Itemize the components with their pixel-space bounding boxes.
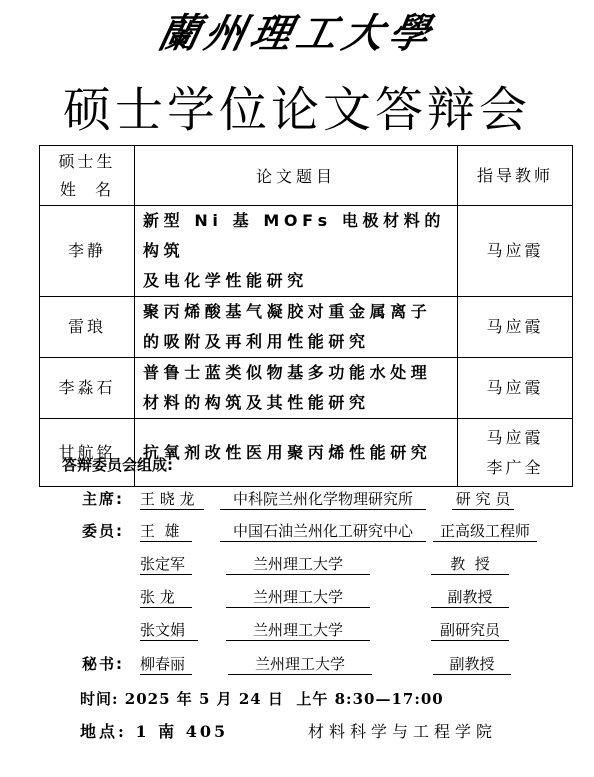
committee-title: 副教授 xyxy=(431,587,509,608)
column-header-student-line2: 姓 名 xyxy=(40,176,134,204)
advisor-line1: 马应霞 xyxy=(458,236,572,266)
table-row: 李静 新型 Ni 基 MOFs 电极材料的构筑 及电化学性能研究 马应霞 xyxy=(40,206,573,297)
advisor-line2: 李广全 xyxy=(458,453,572,483)
thesis-title-line1: 普鲁士蓝类似物基多功能水处理 xyxy=(143,358,457,388)
thesis-title: 聚丙烯酸基气凝胶对重金属离子 的吸附及再利用性能研究 xyxy=(135,297,458,358)
host-college: 材料科学与工程学院 xyxy=(308,721,497,743)
committee-name: 张 龙 xyxy=(140,587,192,608)
committee-role: 秘书: xyxy=(82,651,124,677)
table-row: 雷琅 聚丙烯酸基气凝胶对重金属离子 的吸附及再利用性能研究 马应霞 xyxy=(40,297,573,358)
table-row: 甘航铭 抗氧剂改性医用聚丙烯性能研究 马应霞 李广全 xyxy=(40,419,573,487)
committee-title: 研 究 员 xyxy=(452,489,514,510)
committee-member-row: 张定军 兰州理工大学 教 授 xyxy=(0,551,594,577)
committee-member-row: 委员: 王 雄 中国石油兰州化工研究中心 正高级工程师 xyxy=(0,518,594,544)
committee-affiliation: 中科院兰州化学物理研究所 xyxy=(220,489,426,510)
committee-name: 张文娟 xyxy=(140,620,198,641)
thesis-title-line1: 新型 Ni 基 MOFs 电极材料的构筑 xyxy=(143,206,457,266)
committee-member-row: 主席: 王 晓 龙 中科院兰州化学物理研究所 研 究 员 xyxy=(0,486,594,512)
table-row: 李淼石 普鲁士蓝类似物基多功能水处理 材料的构筑及其性能研究 马应霞 xyxy=(40,358,573,419)
student-name: 甘航铭 xyxy=(40,419,135,487)
thesis-title-line1: 抗氧剂改性医用聚丙烯性能研究 xyxy=(143,438,457,468)
defense-place: 地点: 1 南 405 xyxy=(80,721,228,743)
committee-affiliation: 兰州理工大学 xyxy=(226,620,370,641)
advisor-line1: 马应霞 xyxy=(458,312,572,342)
advisor: 马应霞 李广全 xyxy=(458,419,573,487)
committee-affiliation: 兰州理工大学 xyxy=(228,654,372,675)
student-name: 雷琅 xyxy=(40,297,135,358)
thesis-title-line1: 聚丙烯酸基气凝胶对重金属离子 xyxy=(143,297,457,327)
thesis-title-line2: 及电化学性能研究 xyxy=(143,266,457,296)
defense-time: 时间: 2025 年 5 月 24 日 上午 8:30—17:00 xyxy=(80,688,444,710)
committee-heading: 答辩委员会组成: xyxy=(62,454,173,476)
committee-name: 王 晓 龙 xyxy=(140,489,204,510)
committee-affiliation: 中国石油兰州化工研究中心 xyxy=(220,521,426,542)
university-calligraphy-logo: 蘭州理工大學 xyxy=(0,8,594,60)
defense-schedule-table: 硕士生 姓 名 论文题目 指导教师 李静 新型 Ni 基 MOFs 电极材料的构… xyxy=(39,145,573,487)
committee-member-row: 张 龙 兰州理工大学 副教授 xyxy=(0,584,594,610)
advisor-line1: 马应霞 xyxy=(458,423,572,453)
thesis-title: 抗氧剂改性医用聚丙烯性能研究 xyxy=(135,419,458,487)
committee-affiliation: 兰州理工大学 xyxy=(226,587,370,608)
advisor: 马应霞 xyxy=(458,297,573,358)
committee-name: 柳春丽 xyxy=(140,654,192,675)
committee-member-row: 张文娟 兰州理工大学 副研究员 xyxy=(0,617,594,643)
thesis-title-line2: 材料的构筑及其性能研究 xyxy=(143,388,457,418)
committee-title: 副研究员 xyxy=(431,620,509,641)
column-header-student-line1: 硕士生 xyxy=(40,148,134,176)
committee-member-row: 秘书: 柳春丽 兰州理工大学 副教授 xyxy=(0,651,594,677)
column-header-student: 硕士生 姓 名 xyxy=(40,146,135,206)
table-header-row: 硕士生 姓 名 论文题目 指导教师 xyxy=(40,146,573,206)
advisor-line1: 马应霞 xyxy=(458,373,572,403)
page-title: 硕士学位论文答辩会 xyxy=(0,80,594,140)
committee-role: 主席: xyxy=(82,486,124,512)
committee-name: 张定军 xyxy=(140,554,192,575)
thesis-title: 普鲁士蓝类似物基多功能水处理 材料的构筑及其性能研究 xyxy=(135,358,458,419)
student-name: 李静 xyxy=(40,206,135,297)
student-name: 李淼石 xyxy=(40,358,135,419)
advisor: 马应霞 xyxy=(458,206,573,297)
committee-title: 正高级工程师 xyxy=(433,521,537,542)
advisor: 马应霞 xyxy=(458,358,573,419)
committee-name: 王 雄 xyxy=(140,521,192,542)
committee-role: 委员: xyxy=(82,518,124,544)
thesis-title-line2: 的吸附及再利用性能研究 xyxy=(143,327,457,357)
committee-affiliation: 兰州理工大学 xyxy=(226,554,370,575)
committee-title: 副教授 xyxy=(433,654,511,675)
column-header-advisor: 指导教师 xyxy=(458,146,573,206)
column-header-title: 论文题目 xyxy=(135,146,458,206)
committee-title: 教 授 xyxy=(431,554,509,575)
thesis-title: 新型 Ni 基 MOFs 电极材料的构筑 及电化学性能研究 xyxy=(135,206,458,297)
